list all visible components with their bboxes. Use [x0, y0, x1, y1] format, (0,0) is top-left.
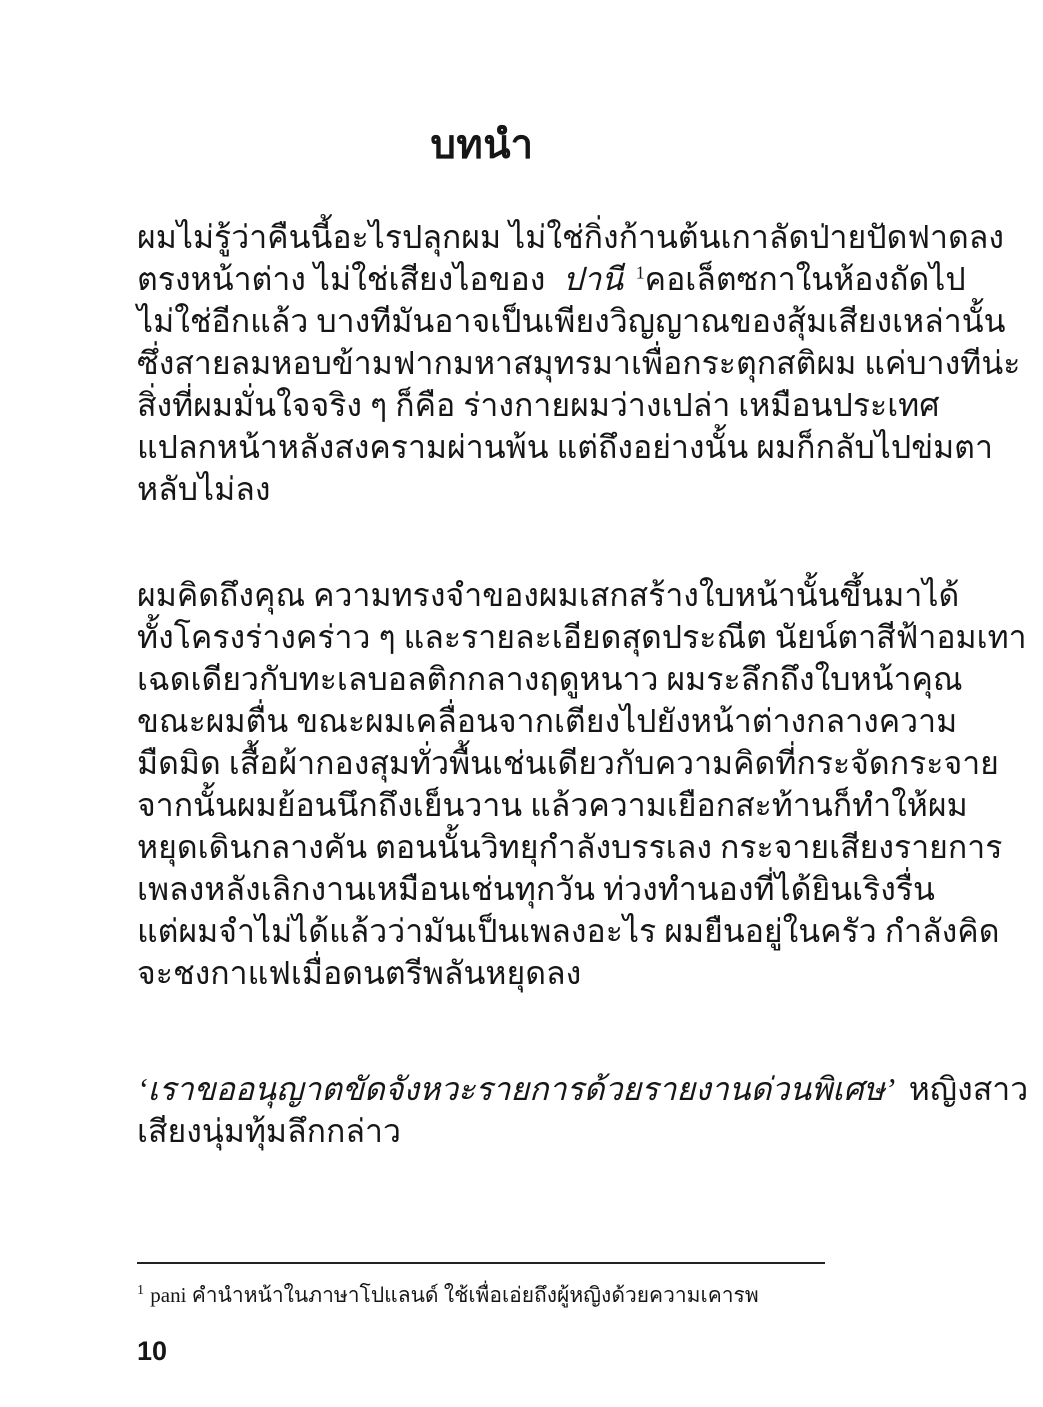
text-line: ผมไม่รู้ว่าคืนนี้อะไรปลุกผม ไม่ใช่กิ่งก้… [137, 216, 829, 258]
footnote-divider [137, 1262, 825, 1264]
paragraph-3: ‘เราขออนุญาตขัดจังหวะรายการด้วยรายงานด่ว… [137, 1068, 829, 1152]
text-line: ‘เราขออนุญาตขัดจังหวะรายการด้วยรายงานด่ว… [137, 1068, 829, 1110]
text-line: ขณะผมตื่น ขณะผมเคลื่อนจากเตียงไปยังหน้าต… [137, 700, 829, 742]
text-line: มืดมิด เสื้อผ้ากองสุมทั่วพื้นเช่นเดียวกั… [137, 742, 829, 784]
text-line: แปลกหน้าหลังสงครามผ่านพ้น แต่ถึงอย่างนั้… [137, 426, 829, 468]
paragraph-2: ผมคิดถึงคุณ ความทรงจำของผมเสกสร้างใบหน้า… [137, 574, 829, 994]
text-line: สิ่งที่ผมมั่นใจจริง ๆ ก็คือ ร่างกายผมว่า… [137, 384, 829, 426]
text-line: เสียงนุ่มทุ้มลึกกล่าว [137, 1110, 829, 1152]
text-line: ไม่ใช่อีกแล้ว บางทีมันอาจเป็นเพียงวิญญาณ… [137, 300, 829, 342]
text-line: หยุดเดินกลางคัน ตอนนั้นวิทยุกำลังบรรเลง … [137, 826, 829, 868]
text-line: เพลงหลังเลิกงานเหมือนเช่นทุกวัน ท่วงทำนอ… [137, 868, 829, 910]
text-line: จากนั้นผมย้อนนึกถึงเย็นวาน แล้วความเยือก… [137, 784, 829, 826]
text-line: จะชงกาแฟเมื่อดนตรีพลันหยุดลง [137, 952, 829, 994]
text-line: หลับไม่ลง [137, 468, 829, 510]
chapter-title: บทนำ [137, 122, 827, 168]
text-line: ซึ่งสายลมหอบข้ามฟากมหาสมุทรมาเพื่อกระตุก… [137, 342, 829, 384]
text-segment: หญิงสาว [909, 1071, 1028, 1107]
text-line: ตรงหน้าต่าง ไม่ใช่เสียงไอของปานี1คอเล็ตซ… [137, 258, 829, 300]
paragraph-1: ผมไม่รู้ว่าคืนนี้อะไรปลุกผม ไม่ใช่กิ่งก้… [137, 216, 829, 510]
footnote-marker: 1 [137, 1283, 144, 1298]
radio-announcement-quote: ‘เราขออนุญาตขัดจังหวะรายการด้วยรายงานด่ว… [137, 1071, 895, 1107]
italic-name: ปานี [563, 261, 623, 297]
footnote-text: pani คำนำหน้าในภาษาโปแลนด์ ใช้เพื่อเอ่ยถ… [150, 1283, 758, 1307]
text-line: แต่ผมจำไม่ได้แล้วว่ามันเป็นเพลงอะไร ผมยื… [137, 910, 829, 952]
text-line: ทั้งโครงร่างคร่าว ๆ และรายละเอียดสุดประณ… [137, 616, 829, 658]
text-line: เฉดเดียวกับทะเลบอลติกกลางฤดูหนาว ผมระลึก… [137, 658, 829, 700]
footnote: 1pani คำนำหน้าในภาษาโปแลนด์ ใช้เพื่อเอ่ย… [137, 1276, 857, 1310]
body-text: ผมไม่รู้ว่าคืนนี้อะไรปลุกผม ไม่ใช่กิ่งก้… [137, 216, 829, 1152]
text-segment: คอเล็ตซกาในห้องถัดไป [645, 261, 966, 297]
text-segment: ตรงหน้าต่าง ไม่ใช่เสียงไอของ [137, 261, 545, 297]
book-page: บทนำ ผมไม่รู้ว่าคืนนี้อะไรปลุกผม ไม่ใช่ก… [0, 0, 1043, 1407]
page-number: 10 [137, 1336, 167, 1367]
text-line: ผมคิดถึงคุณ ความทรงจำของผมเสกสร้างใบหน้า… [137, 574, 829, 616]
footnote-reference: 1 [636, 262, 645, 282]
